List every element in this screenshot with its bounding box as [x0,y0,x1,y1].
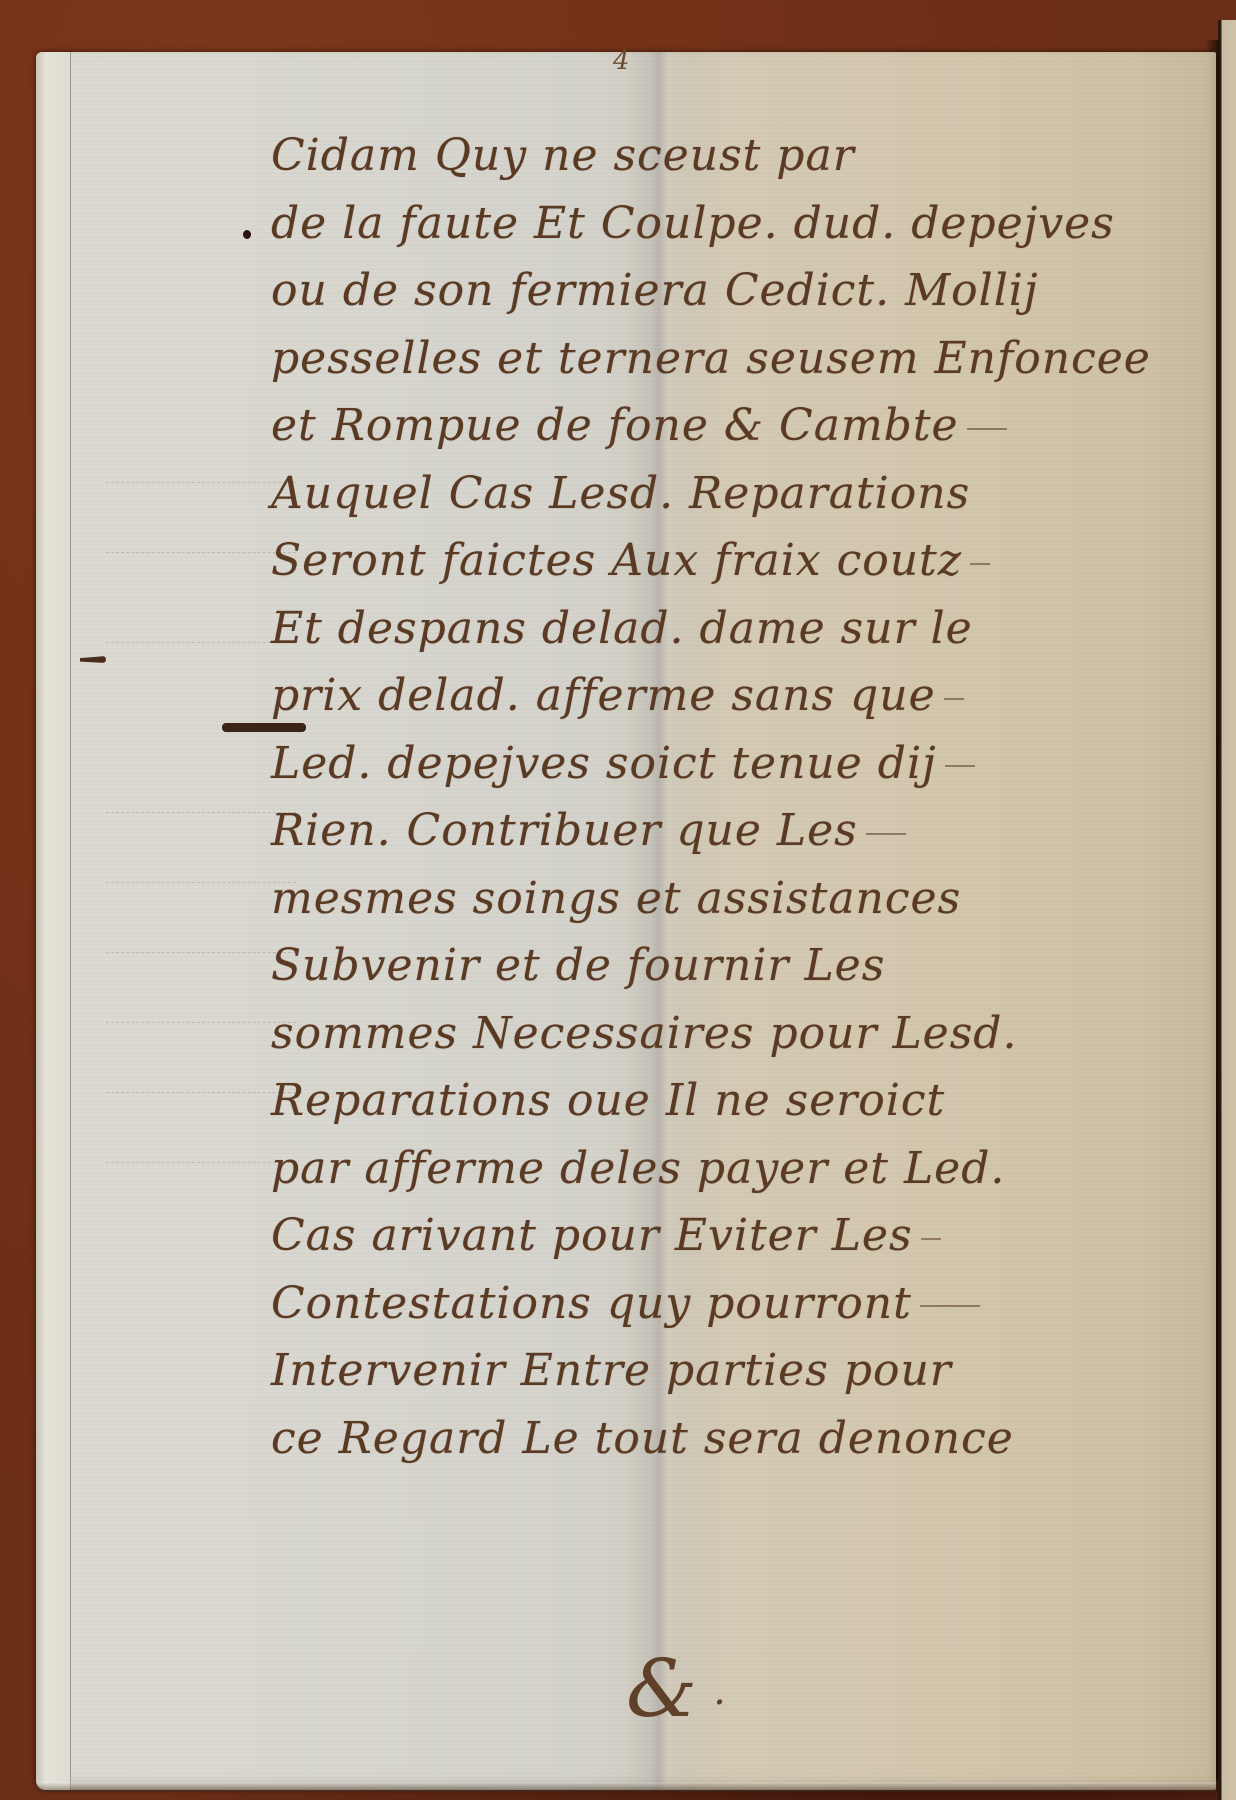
line-filler-stroke [967,428,1007,430]
line-text: pesselles et ternera seusem Enfoncee [271,333,1151,384]
line-filler-stroke [921,1238,941,1240]
bleed-through-mark [106,1092,296,1097]
line-text: ou de son fermiera Cedict. Mollij [271,265,1039,316]
line-filler-stroke [945,765,975,767]
text-line: Seront faictes Aux fraix coutz [271,527,1201,595]
text-line: Contestations quy pourront [271,1270,1201,1338]
bleed-through-mark [106,1022,296,1027]
text-line: prix delad. afferme sans que [271,662,1201,730]
text-line: mesmes soings et assistances [271,865,1201,933]
folio-number: 4 [613,46,630,76]
bleed-through-mark [106,952,296,957]
line-text: Seront faictes Aux fraix coutz [271,535,962,586]
line-text: Contestations quy pourront [271,1278,912,1329]
manuscript-page: 4 Cidam Quy ne sceust par de la faute Et… [36,52,1216,1790]
line-text: Reparations oue Il ne seroict [271,1075,945,1126]
text-line: par afferme deles payer et Led. [271,1135,1201,1203]
flourish-glyph: & [626,1642,697,1735]
margin-ink-dot [243,230,251,239]
binding-edge [36,52,71,1790]
line-text: Rien. Contribuer que Les [271,805,858,856]
text-line: Cidam Quy ne sceust par [271,122,1201,190]
flourish-dot: · [713,1680,726,1726]
line-text: prix delad. afferme sans que [271,670,936,721]
line-text: ce Regard Le tout sera denonce [271,1413,1014,1464]
manuscript-text: Cidam Quy ne sceust par de la faute Et C… [271,122,1201,1472]
line-text: sommes Necessaires pour Lesd. [271,1008,1017,1059]
bleed-through-mark [106,882,296,887]
line-filler-stroke [920,1305,980,1307]
text-line: Reparations oue Il ne seroict [271,1067,1201,1135]
line-text: Led. depejves soict tenue dij [271,738,937,789]
line-filler-stroke [866,833,906,835]
text-line: de la faute Et Coulpe. dud. depejves [271,190,1201,258]
bleed-through-mark [106,1162,296,1167]
line-text: de la faute Et Coulpe. dud. depejves [271,198,1115,249]
line-filler-stroke [970,563,990,565]
line-text: Auquel Cas Lesd. Reparations [271,468,970,519]
text-line: Subvenir et de fournir Les [271,932,1201,1000]
closing-flourish: &· [626,1642,726,1735]
bleed-through-mark [106,812,296,817]
line-filler-stroke [944,698,964,700]
margin-ink-mark [80,656,106,663]
text-line: Intervenir Entre parties pour [271,1337,1201,1405]
line-text: par afferme deles payer et Led. [271,1143,1005,1194]
bleed-through-mark [106,482,296,487]
line-text: Et despans delad. dame sur le [271,603,973,654]
text-line: Auquel Cas Lesd. Reparations [271,460,1201,528]
line-text: Cas arivant pour Eviter Les [271,1210,913,1261]
deckled-bottom-edge [36,1782,1216,1792]
text-line: Et despans delad. dame sur le [271,595,1201,663]
text-line: Cas arivant pour Eviter Les [271,1202,1201,1270]
bleed-through-mark [106,642,296,647]
text-line: sommes Necessaires pour Lesd. [271,1000,1201,1068]
bleed-through-mark [106,552,296,557]
text-line: pesselles et ternera seusem Enfoncee [271,325,1201,393]
line-text: mesmes soings et assistances [271,873,961,924]
line-text: et Rompue de fone & Cambte [271,400,959,451]
line-text: Subvenir et de fournir Les [271,940,885,991]
text-line: ce Regard Le tout sera denonce [271,1405,1201,1473]
text-line: Rien. Contribuer que Les [271,797,1201,865]
line-text: Intervenir Entre parties pour [271,1345,952,1396]
adjacent-page-edge [1218,20,1236,1800]
text-line: ou de son fermiera Cedict. Mollij [271,257,1201,325]
line-text: Cidam Quy ne sceust par [271,130,855,181]
text-line: Led. depejves soict tenue dij [271,730,1201,798]
text-line: et Rompue de fone & Cambte [271,392,1201,460]
